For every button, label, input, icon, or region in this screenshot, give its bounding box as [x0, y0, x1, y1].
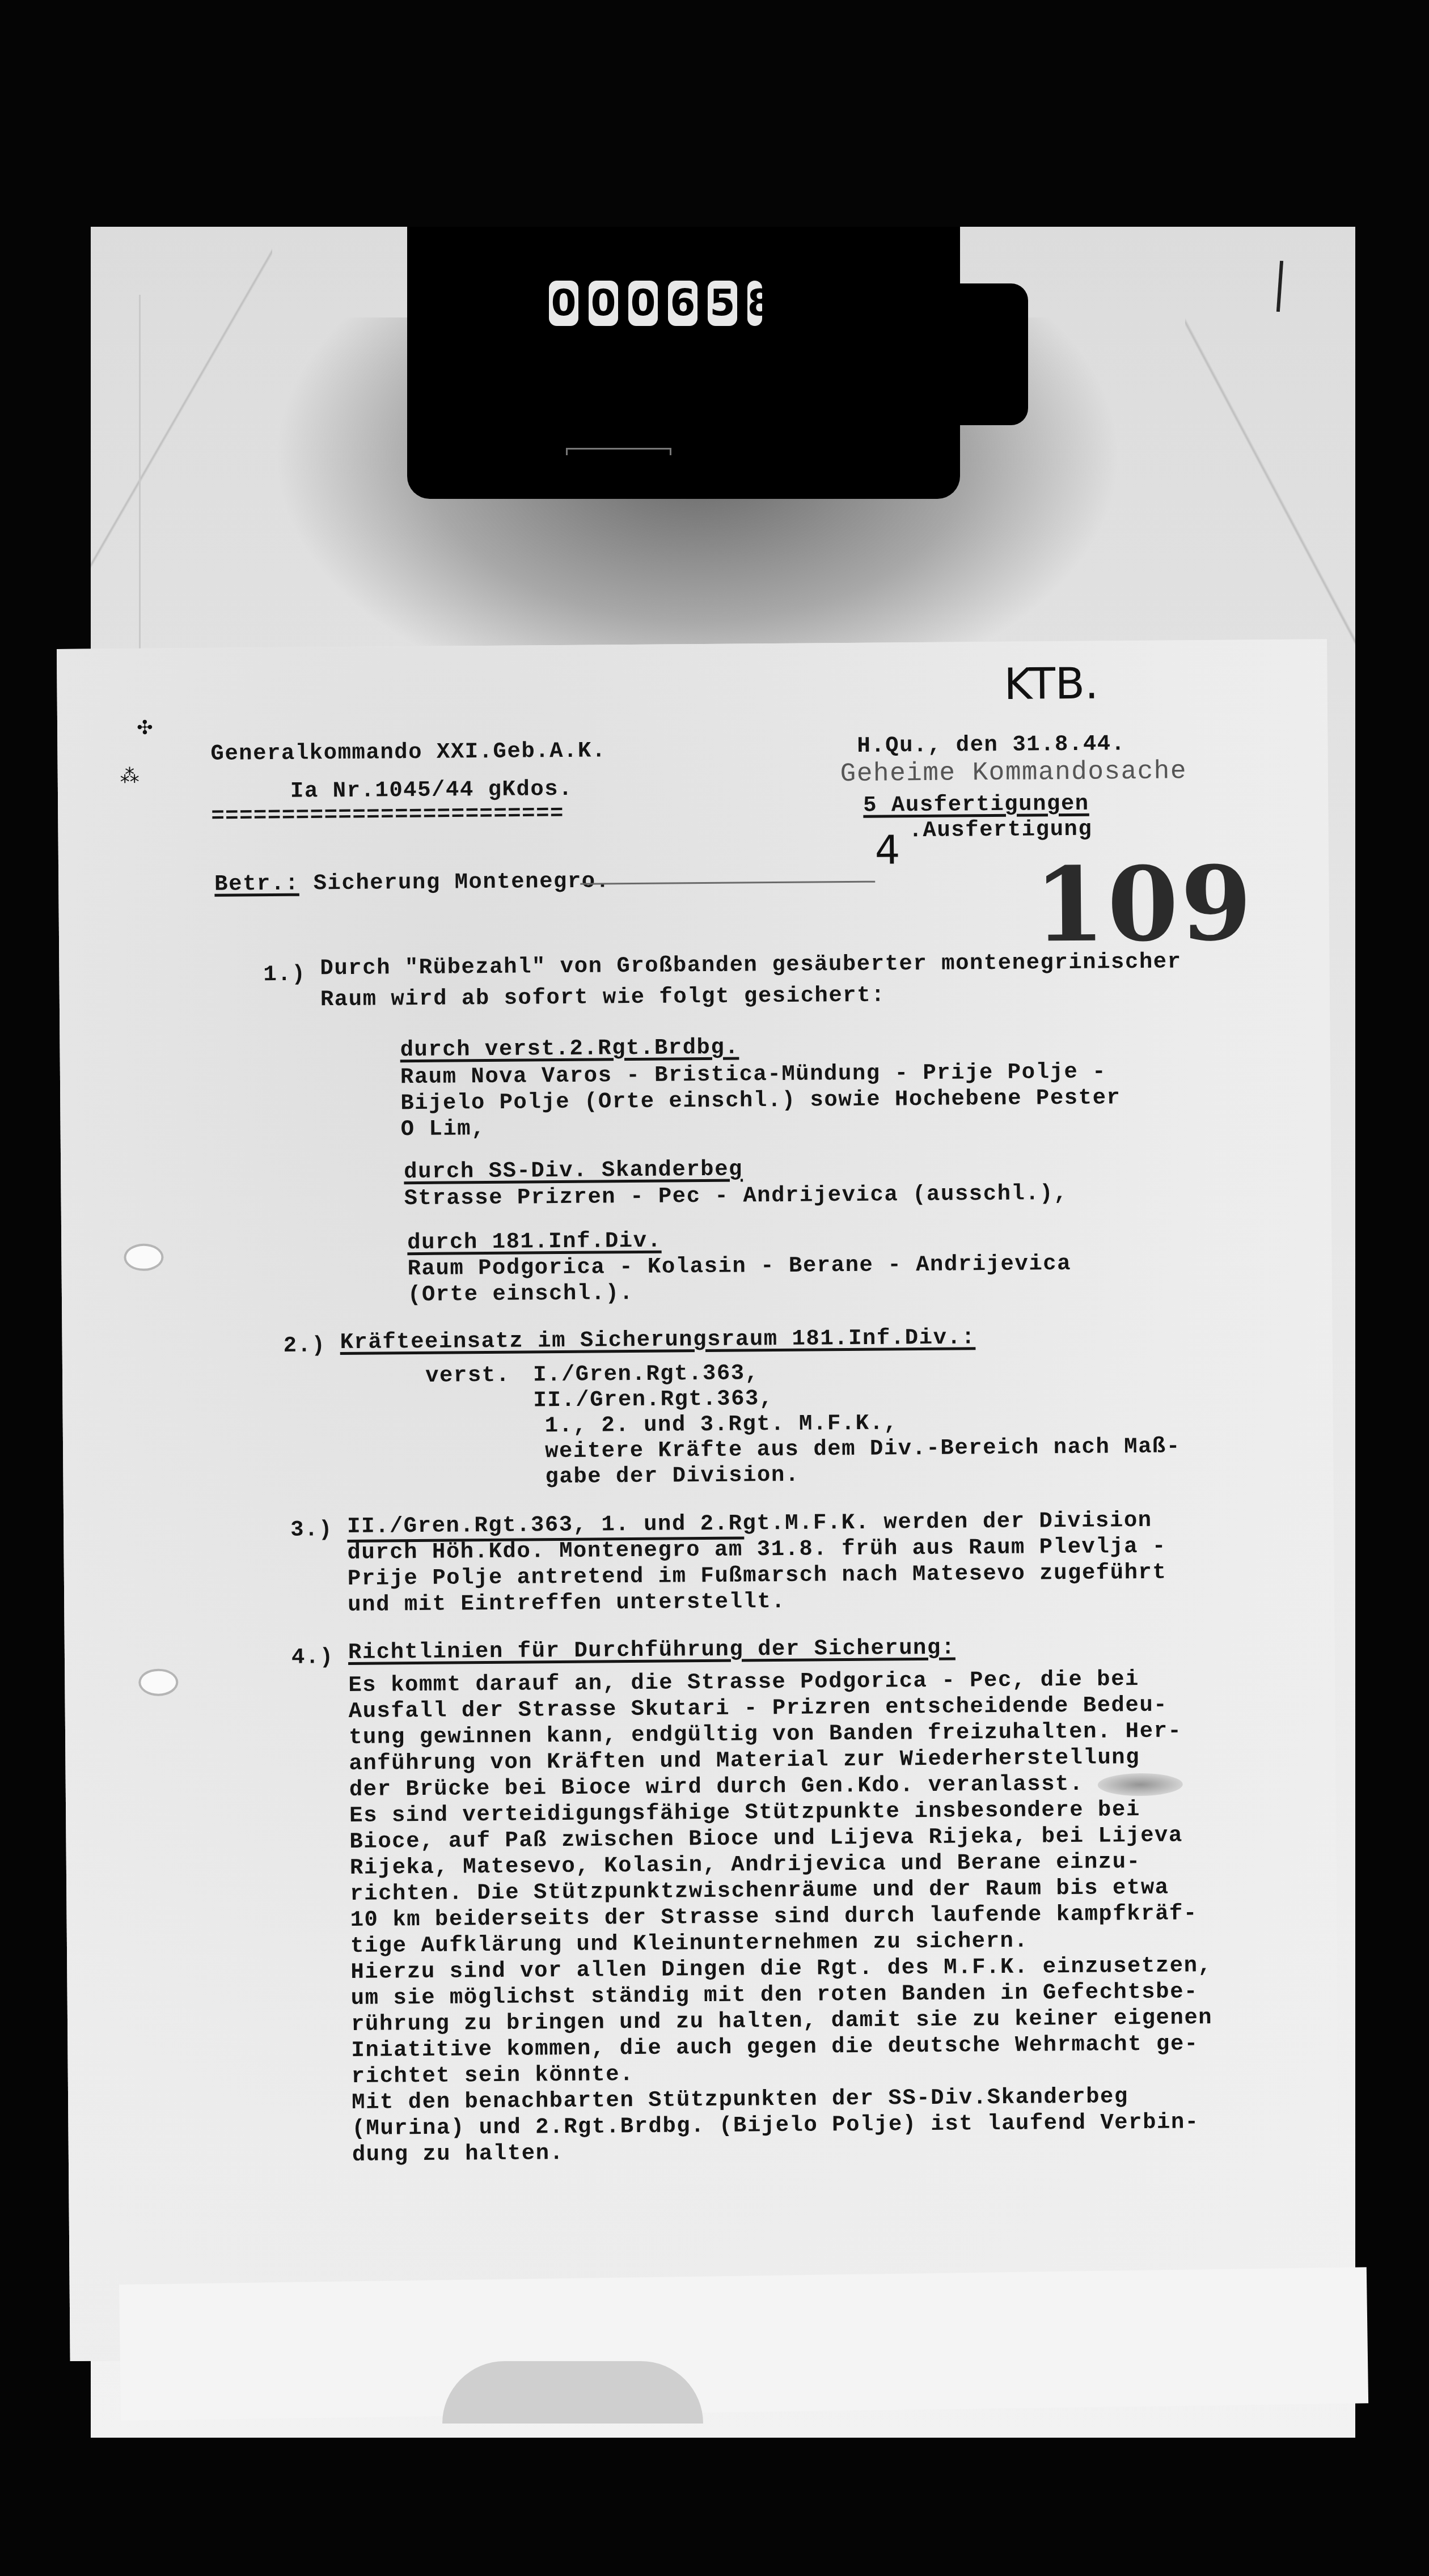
reel-edge: [442, 2361, 703, 2424]
counter-digit: 0: [549, 281, 578, 326]
counter-slot: [566, 448, 671, 455]
section-3-number: 3.): [290, 1517, 333, 1543]
counter-knob: [937, 283, 1028, 425]
section-2-heading: Kräfteeinsatz im Sicherungsraum 181.Inf.…: [340, 1325, 975, 1355]
reference-number: Ia Nr.1045/44 gKdos.: [290, 777, 573, 804]
handwritten-ktb-note: KTB.: [1004, 658, 1098, 709]
section-4-text: tige Aufklärung und Kleinunternehmen zu …: [350, 1929, 1029, 1959]
handwritten-copy-number: 4: [875, 827, 900, 873]
section-1-text: Raum wird ab sofort wie folgt gesichert:: [320, 983, 885, 1012]
section-2-text: weitere Kräfte aus dem Div.-Bereich nach…: [545, 1434, 1181, 1464]
group-text: Raum Podgorica - Kolasin - Berane - Andr…: [407, 1251, 1071, 1281]
header-separator: =========================: [211, 801, 564, 829]
group-heading: durch 181.Inf.Div.: [407, 1228, 662, 1256]
section-4-text: der Brücke bei Bioce wird durch Gen.Kdo.…: [349, 1772, 1084, 1802]
backing-sheet-bottom: [119, 2267, 1368, 2421]
punch-hole: [124, 1244, 163, 1272]
counter-digit: 0: [589, 281, 618, 326]
group-text: Bijelo Polje (Orte einschl.) sowie Hoche…: [400, 1085, 1121, 1116]
section-2-prefix: verst.: [425, 1363, 510, 1388]
section-3-text: und mit Eintreffen unterstellt.: [348, 1589, 785, 1617]
issuing-command: Generalkommando XXI.Geb.A.K.: [210, 738, 606, 766]
frame-counter-device: 0 0 0 6 5 8: [407, 227, 960, 499]
subject-text: Sicherung Montenegro.: [313, 868, 610, 896]
group-text: O Lim,: [401, 1116, 486, 1142]
section-2-text: gabe der Division.: [545, 1463, 800, 1490]
section-4-text: dung zu halten.: [352, 2141, 564, 2167]
copy-label: .Ausfertigung: [908, 817, 1092, 844]
section-2-text: 1., 2. und 3.Rgt. M.F.K.,: [545, 1410, 898, 1438]
page-number-stamp: 109: [1034, 844, 1254, 965]
group-heading: durch verst.2.Rgt.Brdbg.: [400, 1035, 739, 1063]
section-2-text: II./Gren.Rgt.363,: [533, 1386, 773, 1413]
counter-digit: 8: [747, 281, 762, 326]
section-4-text: Iniatitive kommen, die auch gegen die de…: [351, 2031, 1199, 2063]
section-1-number: 1.): [263, 962, 306, 988]
ink-mark: ⁂: [120, 765, 139, 787]
section-4-text: richtet sein könnte.: [352, 2062, 634, 2089]
section-4-text: 10 km beiderseits der Strasse sind durch…: [350, 1901, 1198, 1933]
section-2-number: 2.): [283, 1333, 325, 1358]
location-date: H.Qu., den 31.8.44.: [857, 731, 1126, 759]
section-3-text: Prije Polje antretend im Fußmarsch nach …: [348, 1560, 1167, 1591]
section-4-text: (Murina) und 2.Rgt.Brdbg. (Bijelo Polje)…: [352, 2109, 1199, 2141]
group-text: Raum Nova Varos - Bristica-Mündung - Pri…: [400, 1059, 1107, 1090]
classification-stamp: Geheime Kommandosache: [840, 756, 1187, 789]
paper-fold: [91, 227, 272, 590]
section-1-text: Durch "Rübezahl" von Großbanden gesäuber…: [320, 949, 1181, 981]
section-4-number: 4.): [291, 1645, 334, 1670]
subject-label: Betr.:: [214, 871, 299, 897]
group-text: Strasse Prizren - Pec - Andrijevica (aus…: [404, 1181, 1068, 1211]
section-4-heading: Richtlinien für Durchführung der Sicheru…: [348, 1636, 956, 1665]
ink-mark: ✣: [137, 717, 153, 739]
counter-digits: 0 0 0 6 5 8: [549, 281, 762, 326]
document-page: ✣ ⁂ Generalkommando XXI.Geb.A.K. Ia Nr.1…: [57, 639, 1341, 2361]
subject-line: Betr.: Sicherung Montenegro.: [214, 868, 610, 896]
section-2-text: I./Gren.Rgt.363,: [533, 1361, 759, 1387]
section-4-text: Mit den benachbarten Stützpunkten der SS…: [352, 2084, 1128, 2115]
group-heading: durch SS-Div. Skanderbeg: [404, 1157, 743, 1185]
counter-digit: 5: [708, 281, 737, 326]
group-text: (Orte einschl.).: [408, 1281, 634, 1307]
counter-digit: 6: [668, 281, 697, 326]
counter-digit: 0: [628, 281, 658, 326]
punch-hole: [138, 1668, 178, 1696]
ink-smudge: [1098, 1773, 1183, 1796]
copy-count: 5 Ausfertigungen: [863, 791, 1089, 818]
subject-rule: [580, 881, 875, 885]
